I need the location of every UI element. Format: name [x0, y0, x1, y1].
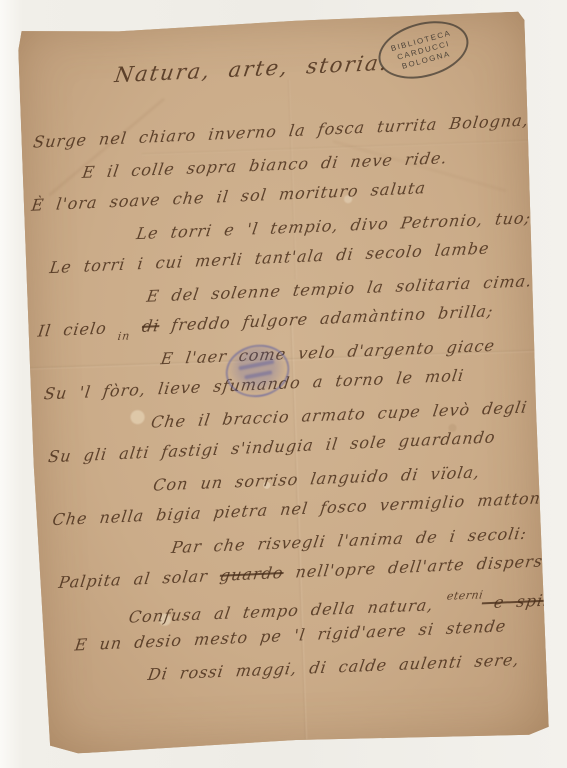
struck-out-text: e spilende.	[480, 588, 567, 612]
handwritten-text: Le torri i cui merli tant'ala di secolo …	[48, 238, 490, 277]
poem-line: Di rossi maggi, di calde aulenti sere,	[147, 648, 545, 682]
poem-line: E l'aer come velo d'argento giace	[160, 334, 534, 367]
handwritten-text: Che il braccio armato cupe levò degli av…	[150, 395, 567, 431]
handwritten-text: Surge nel chiaro inverno la fosca turrit…	[32, 110, 530, 151]
handwritten-text: Palpita al solar	[57, 566, 221, 592]
handwritten-text: Con un sorriso languido di vïola,	[152, 462, 482, 494]
handwritten-text: E l'aer come velo d'argento giace	[160, 335, 497, 368]
poem-line: Il cielo in di freddo fulgore adamàntino…	[37, 300, 533, 340]
handwritten-text: E del solenne tempio la solitaria cima.	[145, 271, 533, 306]
manuscript-photo: { "photo": { "backdrop_color": "#eeece6"…	[0, 0, 567, 768]
poem-line: Con un sorriso languido di vïola,	[152, 460, 538, 493]
inserted-above-text: eterni	[446, 588, 484, 603]
handwritten-text: È l'ora soave che il sol morituro saluta	[30, 178, 427, 215]
poem-line: Confusa al tempo della natura, eterni e …	[128, 585, 542, 620]
handwritten-text: Le torri e 'l tempio, divo Petronio, tuo…	[135, 208, 532, 243]
poem-line: E il colle sopra bianco di neve ride.	[81, 145, 527, 181]
handwritten-text: Par che risvegli l'anima de i secoli:	[170, 523, 528, 556]
handwritten-text: Che nella bigia pietra nel fosco vermigl…	[51, 488, 553, 529]
stamp-illegible-text-smudge	[238, 360, 274, 371]
handwritten-text: Di rossi maggi, di calde aulenti sere,	[147, 649, 522, 683]
poem-lines: Surge nel chiaro inverno la fosca turrit…	[29, 115, 543, 699]
handwritten-text: nell'opre dell'arte dispersa	[282, 551, 554, 582]
poem-line: Che nella bigia pietra nel fosco vermigl…	[51, 488, 539, 528]
handwritten-text: Su gli alti fastigi s'indugia il sole gu…	[47, 427, 497, 466]
poem-line: Par che risvegli l'anima de i secoli:	[170, 523, 540, 556]
struck-out-text: guardo	[219, 563, 285, 585]
inserted-below-text: in	[117, 329, 142, 343]
handwritten-text: freddo fulgore adamàntino brilla;	[158, 301, 495, 335]
handwritten-text: Il cielo	[37, 318, 120, 341]
poem-line: Su gli alti fastigi s'indugia il sole gu…	[47, 426, 537, 466]
stamp-illegible-text-smudge	[244, 370, 272, 379]
poem-line: Surge nel chiaro inverno la fosca turrit…	[32, 111, 526, 151]
poem-line: E del solenne tempio la solitaria cima.	[145, 271, 531, 304]
poem-line: Che il braccio armato cupe levò degli av…	[150, 397, 536, 430]
handwritten-text: E il colle sopra bianco di neve ride.	[81, 148, 449, 182]
poem-title: Natura, arte, storia.	[113, 51, 390, 88]
manuscript-paper: BIBLIOTECA CARDUCCI BOLOGNA Natura, arte…	[17, 11, 549, 754]
poem-line: Le torri e 'l tempio, divo Petronio, tuo…	[135, 208, 529, 242]
poem-line: Le torri i cui merli tant'ala di secolo …	[49, 237, 531, 276]
poem-line: Palpita al solar guardo nell'opre dell'a…	[58, 551, 542, 591]
